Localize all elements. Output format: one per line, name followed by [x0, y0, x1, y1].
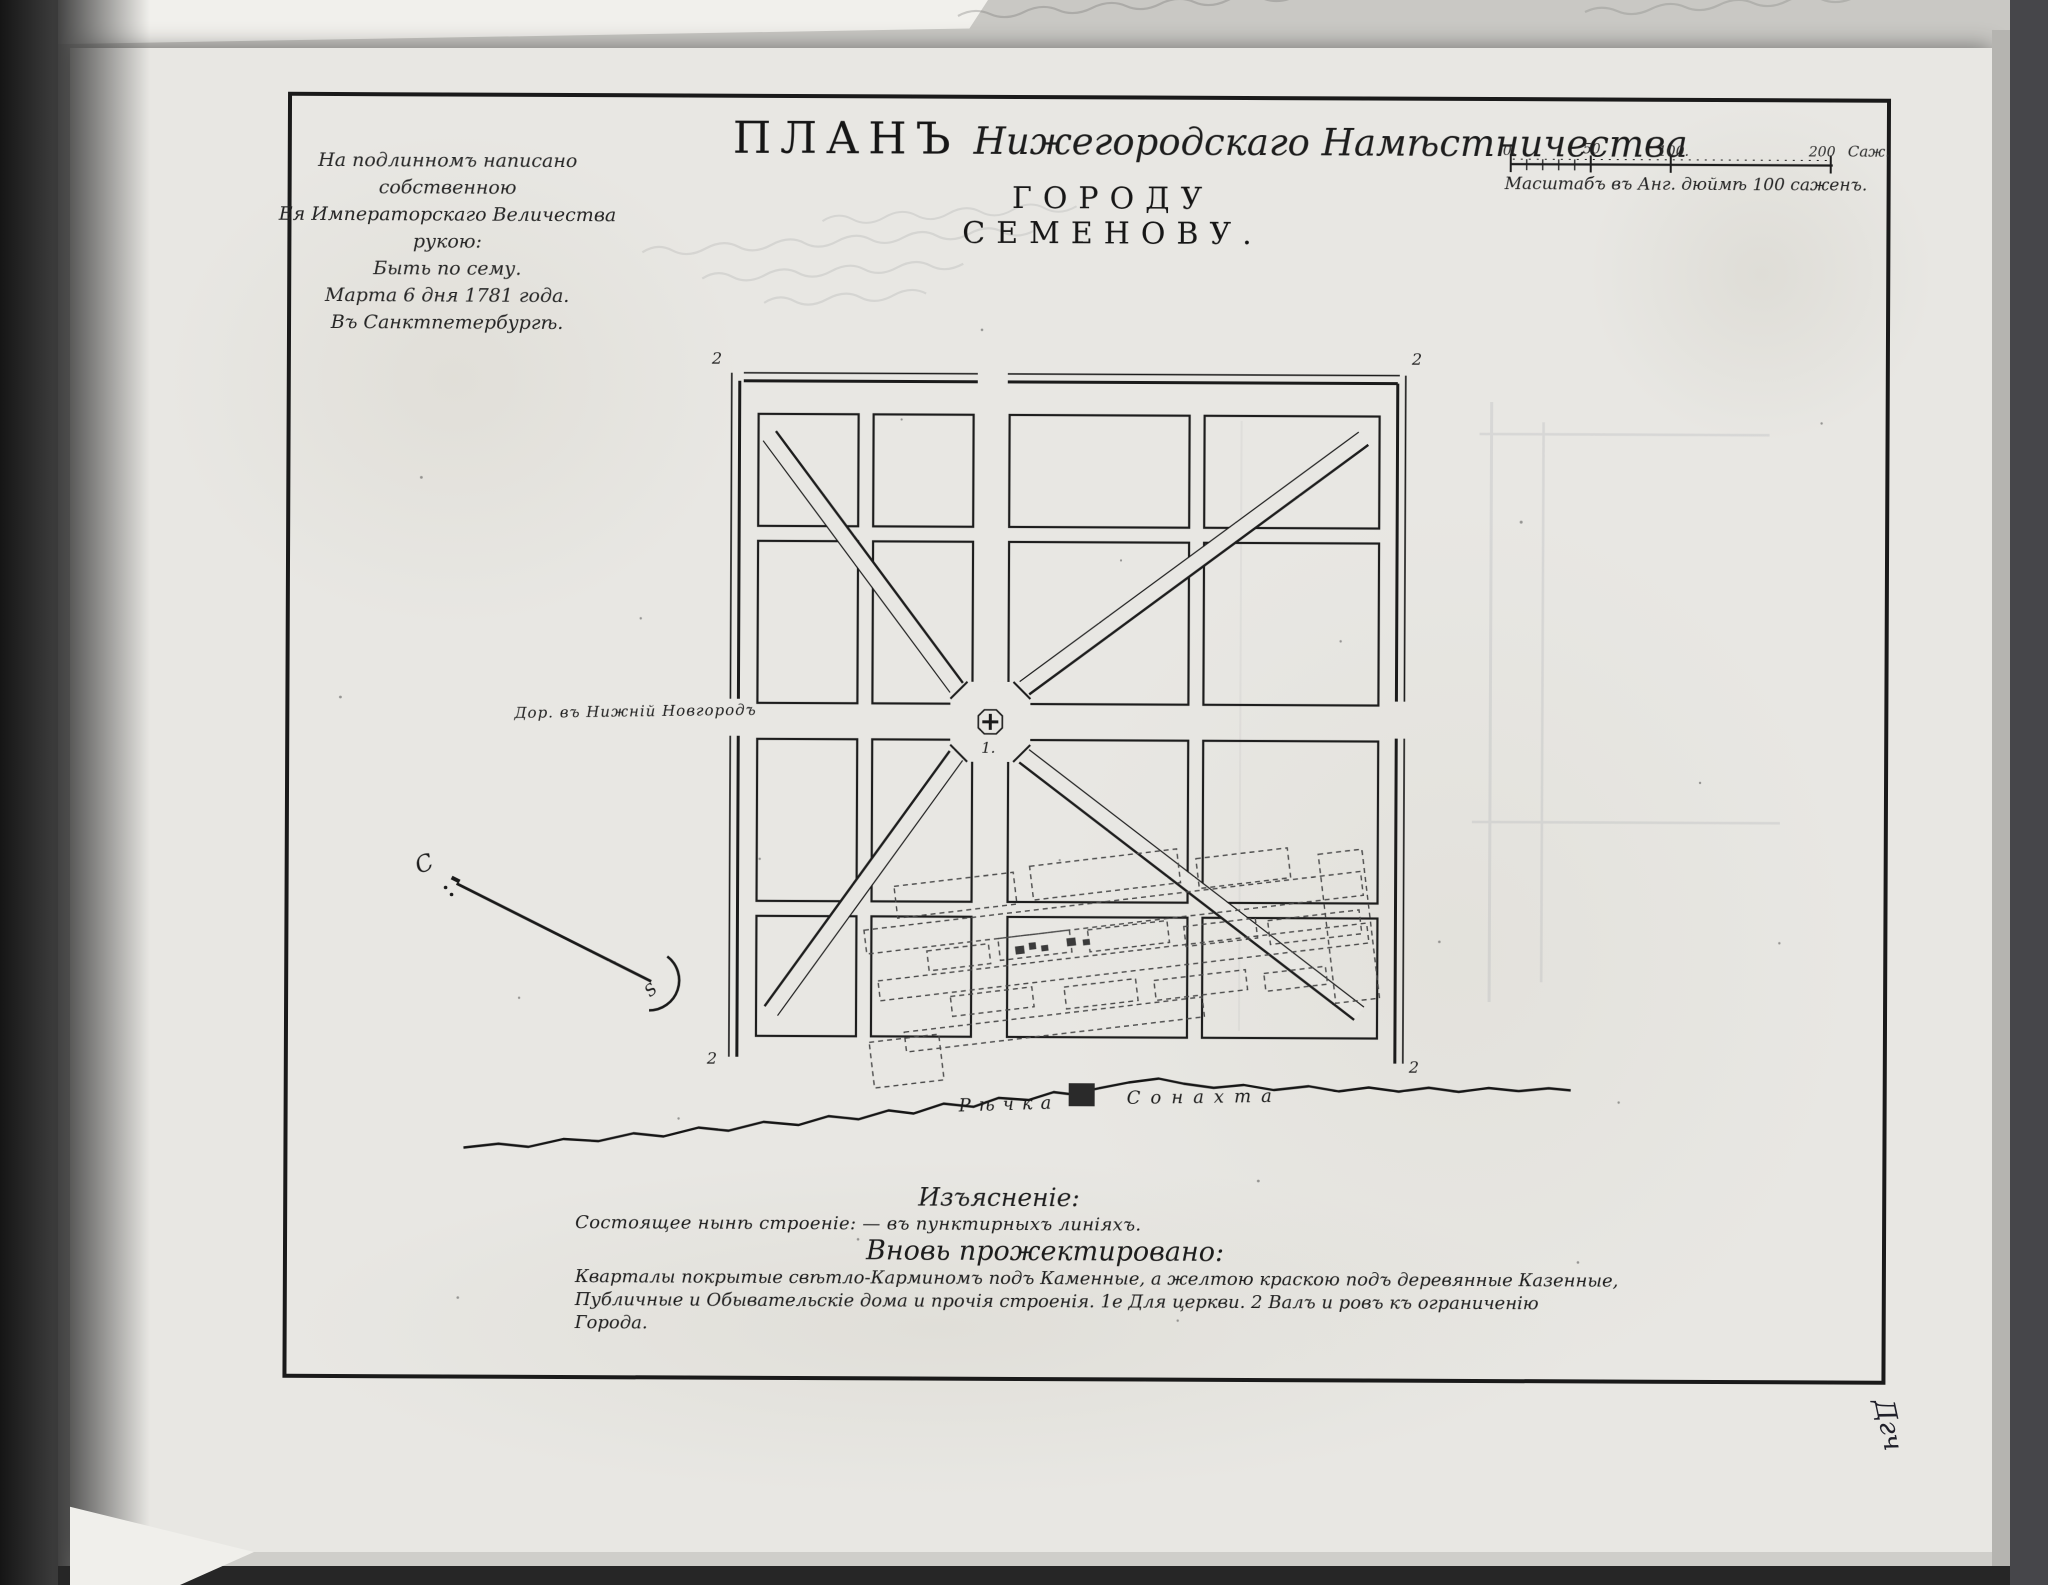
- imprimatur-line: Марта 6 дня 1781 года.: [247, 282, 647, 311]
- scale-caption: Масштабъ въ Анг. дюймѣ 100 саженъ.: [1505, 174, 1868, 196]
- scale-unit-label: Саж.: [1848, 143, 1890, 161]
- river-label: Сонахта: [1127, 1086, 1282, 1109]
- imprimatur-line: Въ Санктпетербургѣ.: [247, 309, 647, 338]
- river-mill-mark: [1069, 1083, 1095, 1106]
- scale-tick-label: 50: [1583, 141, 1601, 157]
- road-to-nizhny-label: Дор. въ Нижній Новгородъ: [514, 701, 757, 722]
- scale-tick-label: 200: [1809, 144, 1836, 160]
- imprimatur-line: На подлинномъ написано собственною: [248, 147, 648, 203]
- river-label: Рѣчка: [958, 1092, 1059, 1116]
- map-title: ПЛАНЪНижегородскаго Намѣстничества: [733, 113, 1493, 167]
- title-word-plan: ПЛАНЪ: [733, 113, 960, 165]
- scale-tick-label: 0.: [1503, 143, 1516, 159]
- rampart-ref-number: 2: [1409, 1058, 1419, 1077]
- legend-projected-line: Города.: [575, 1312, 648, 1333]
- imprimatur-line: Ея Императорскаго Величества рукою:: [247, 201, 647, 257]
- legend-existing-line: Состоящее нынѣ строеніе: — въ пунктирных…: [575, 1212, 1141, 1235]
- existing-town-dashed: [851, 827, 1383, 1088]
- church-ref-number: 1.: [981, 739, 995, 757]
- legend-heading: Изъясненіе:: [918, 1183, 1080, 1213]
- legend-projected-heading: Вновь прожектировано:: [866, 1235, 1224, 1268]
- sheet-content: На подлинномъ написано собственною Ея Им…: [0, 0, 2048, 1585]
- rampart-ref-number: 2: [1412, 350, 1422, 369]
- imperial-imprimatur: На подлинномъ написано собственною Ея Им…: [247, 147, 648, 338]
- rampart-ref-number: 2: [707, 1049, 717, 1068]
- legend-projected-line: Публичные и Обывательскіе дома и прочія …: [575, 1289, 1539, 1314]
- scanned-map-page: На подлинномъ написано собственною Ея Им…: [0, 0, 2048, 1585]
- map-title-town: ГОРОДУ СЕМЕНОВУ.: [902, 180, 1322, 252]
- rampart-ref-number: 2: [712, 349, 722, 368]
- scale-tick-label: 100.: [1658, 144, 1689, 160]
- imprimatur-line: Быть по сему.: [247, 255, 647, 284]
- church-symbol: [978, 710, 1002, 734]
- paper-speckles: [336, 326, 1823, 1325]
- title-script-part: Нижегородскаго Намѣстничества: [973, 120, 1687, 166]
